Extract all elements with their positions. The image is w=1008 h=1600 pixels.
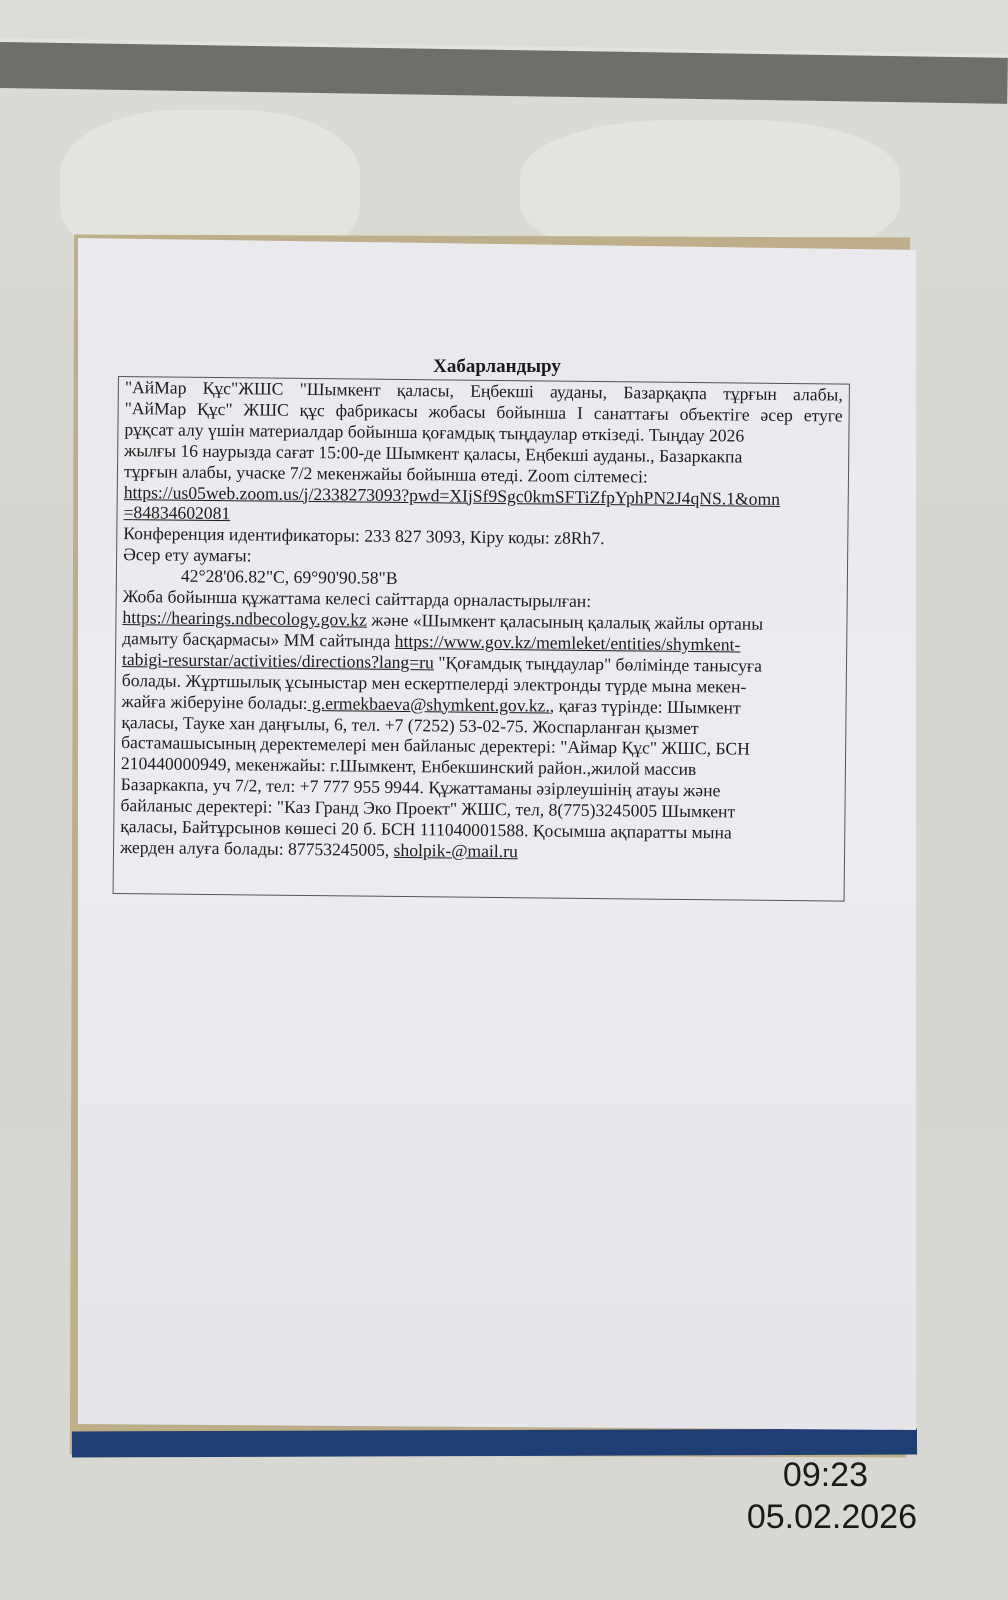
body-text: және «Шымкент қаласының қалалық жайлы ор…: [367, 610, 763, 634]
hearings-link[interactable]: https://hearings.ndbecology.gov.kz: [122, 607, 367, 630]
photo-time-stamp: 09:23: [783, 1456, 868, 1495]
photo-date-stamp: 05.02.2026: [747, 1498, 917, 1537]
notice-paper: Хабарландыру "АйМар Құс"ЖШС "Шымкент қал…: [78, 238, 916, 1430]
gov-link-continued[interactable]: tabigi-resurstar/activities/directions?l…: [122, 649, 434, 672]
notice-body-box: "АйМар Құс"ЖШС "Шымкент қаласы, Еңбекші …: [113, 376, 850, 902]
zoom-link-continued[interactable]: =84834602081: [123, 503, 230, 524]
body-text: жайға жіберуіне болады:: [121, 691, 307, 713]
body-text: дамыту басқармасы» ММ сайтында: [122, 628, 395, 651]
body-text: жерден алуға болады: 87753245005,: [120, 837, 394, 860]
email-link-sholpik[interactable]: sholpik-@mail.ru: [394, 840, 518, 861]
email-link-ermekbaeva[interactable]: g.ermekbaeva@shymkent.gov.kz.: [308, 693, 550, 716]
notice-title: Хабарландыру: [78, 356, 916, 378]
blue-folder-edge: [72, 1429, 917, 1458]
body-text: , қағаз түрінде: Шымкент: [550, 695, 741, 717]
gov-link[interactable]: https://www.gov.kz/memleket/entities/shy…: [395, 631, 741, 655]
body-text: "Қоғамдық тыңдаулар" бөлімінде танысуға: [434, 652, 762, 675]
